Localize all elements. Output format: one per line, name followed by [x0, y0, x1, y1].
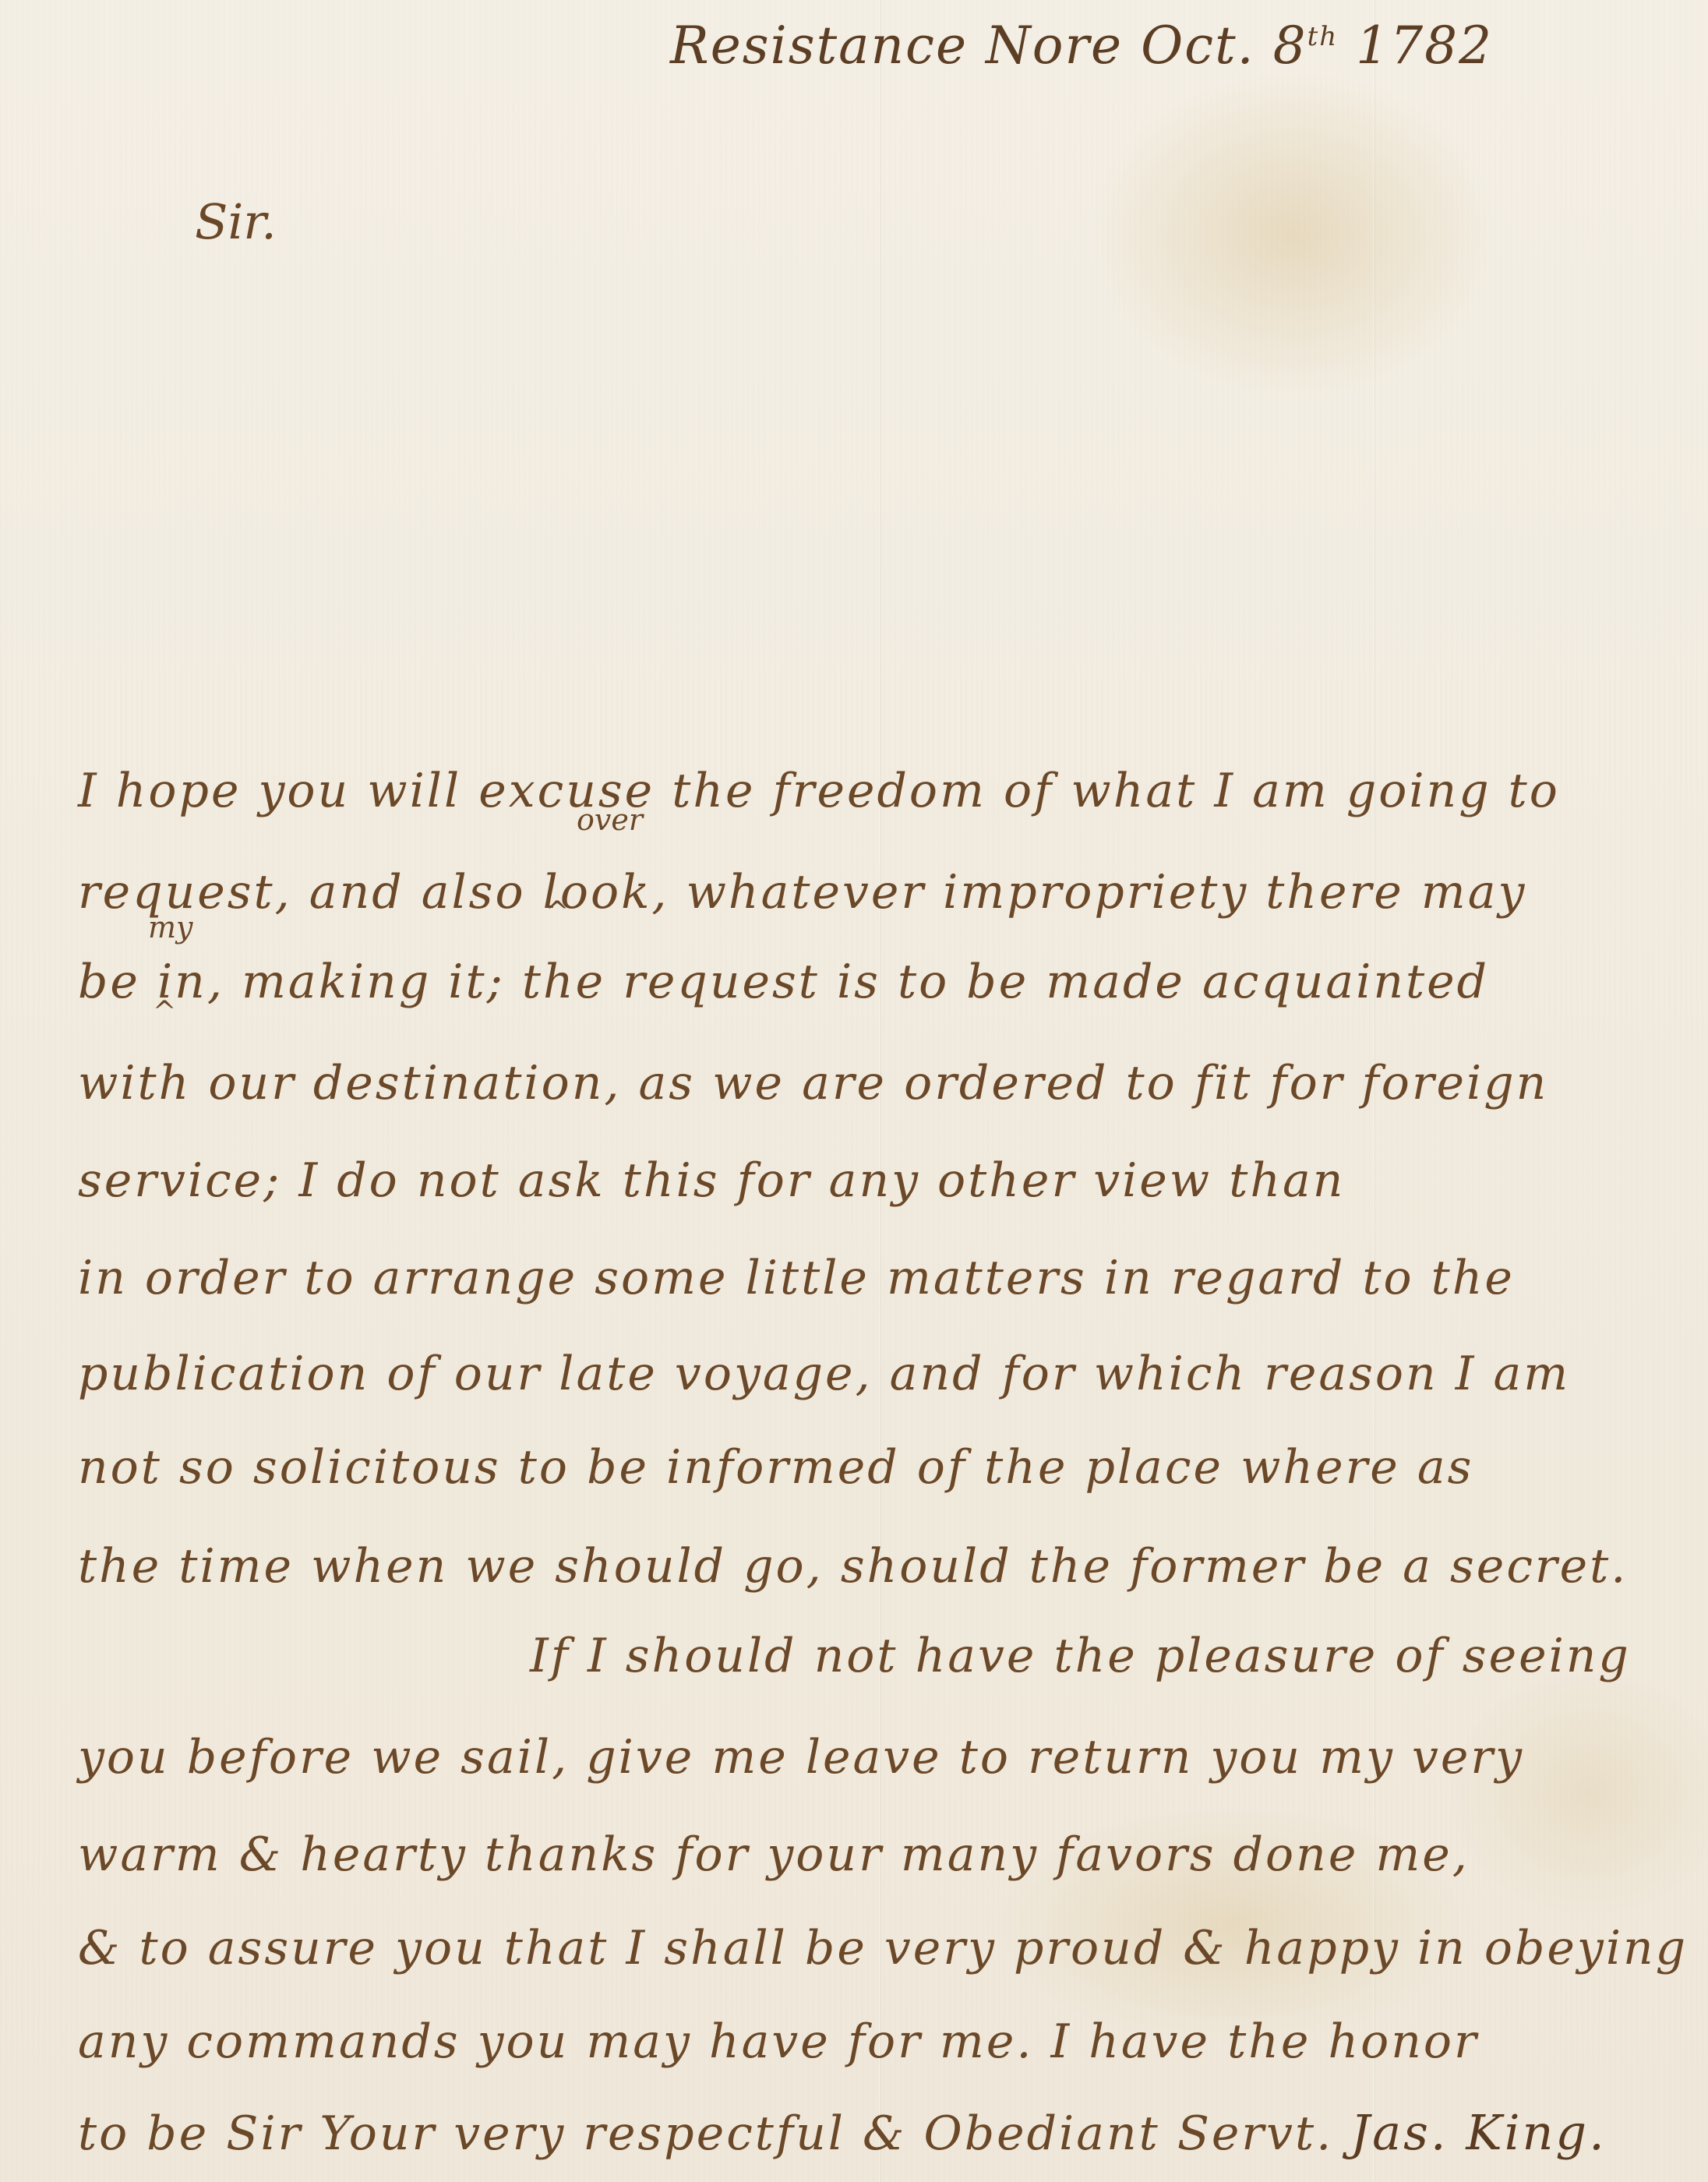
- letter-line: with our destination, as we are ordered …: [78, 1056, 1548, 1110]
- heading-year: 1782: [1356, 16, 1493, 76]
- letter-line: request, and also look, whatever impropr…: [78, 865, 1526, 920]
- salutation: Sir.: [195, 193, 277, 250]
- letter-line: service; I do not ask this for any other…: [78, 1153, 1345, 1208]
- letter-line: publication of our late voyage, and for …: [78, 1347, 1570, 1401]
- letter-line: I hope you will excuse the freedom of wh…: [78, 764, 1560, 818]
- heading-place: Resistance Nore: [670, 16, 1123, 76]
- letter-line: If I should not have the pleasure of see…: [530, 1629, 1631, 1683]
- letter-page: Resistance Nore Oct. 8th 1782 Sir. over …: [0, 0, 1708, 2182]
- letter-line: in order to arrange some little matters …: [78, 1251, 1515, 1305]
- letter-line: not so solicitous to be informed of the …: [78, 1440, 1473, 1495]
- letter-line: be in, making it; the request is to be m…: [78, 955, 1489, 1009]
- letter-line: any commands you may have for me. I have…: [78, 2014, 1479, 2069]
- letter-line: the time when we should go, should the f…: [78, 1539, 1628, 1594]
- heading-date-suffix: th: [1307, 21, 1339, 52]
- signature: Jas. King.: [1350, 2104, 1607, 2161]
- letter-closing: to be Sir Your very respectful & Obedian…: [78, 2104, 1607, 2161]
- letter-line: warm & hearty thanks for your many favor…: [78, 1827, 1470, 1882]
- letter-heading: Resistance Nore Oct. 8th 1782: [670, 16, 1493, 76]
- closing-text: to be Sir Your very respectful & Obedian…: [78, 2106, 1333, 2161]
- heading-date: Oct. 8: [1141, 16, 1307, 76]
- letter-line: & to assure you that I shall be very pro…: [78, 1921, 1688, 1975]
- letter-line: you before we sail, give me leave to ret…: [78, 1730, 1524, 1785]
